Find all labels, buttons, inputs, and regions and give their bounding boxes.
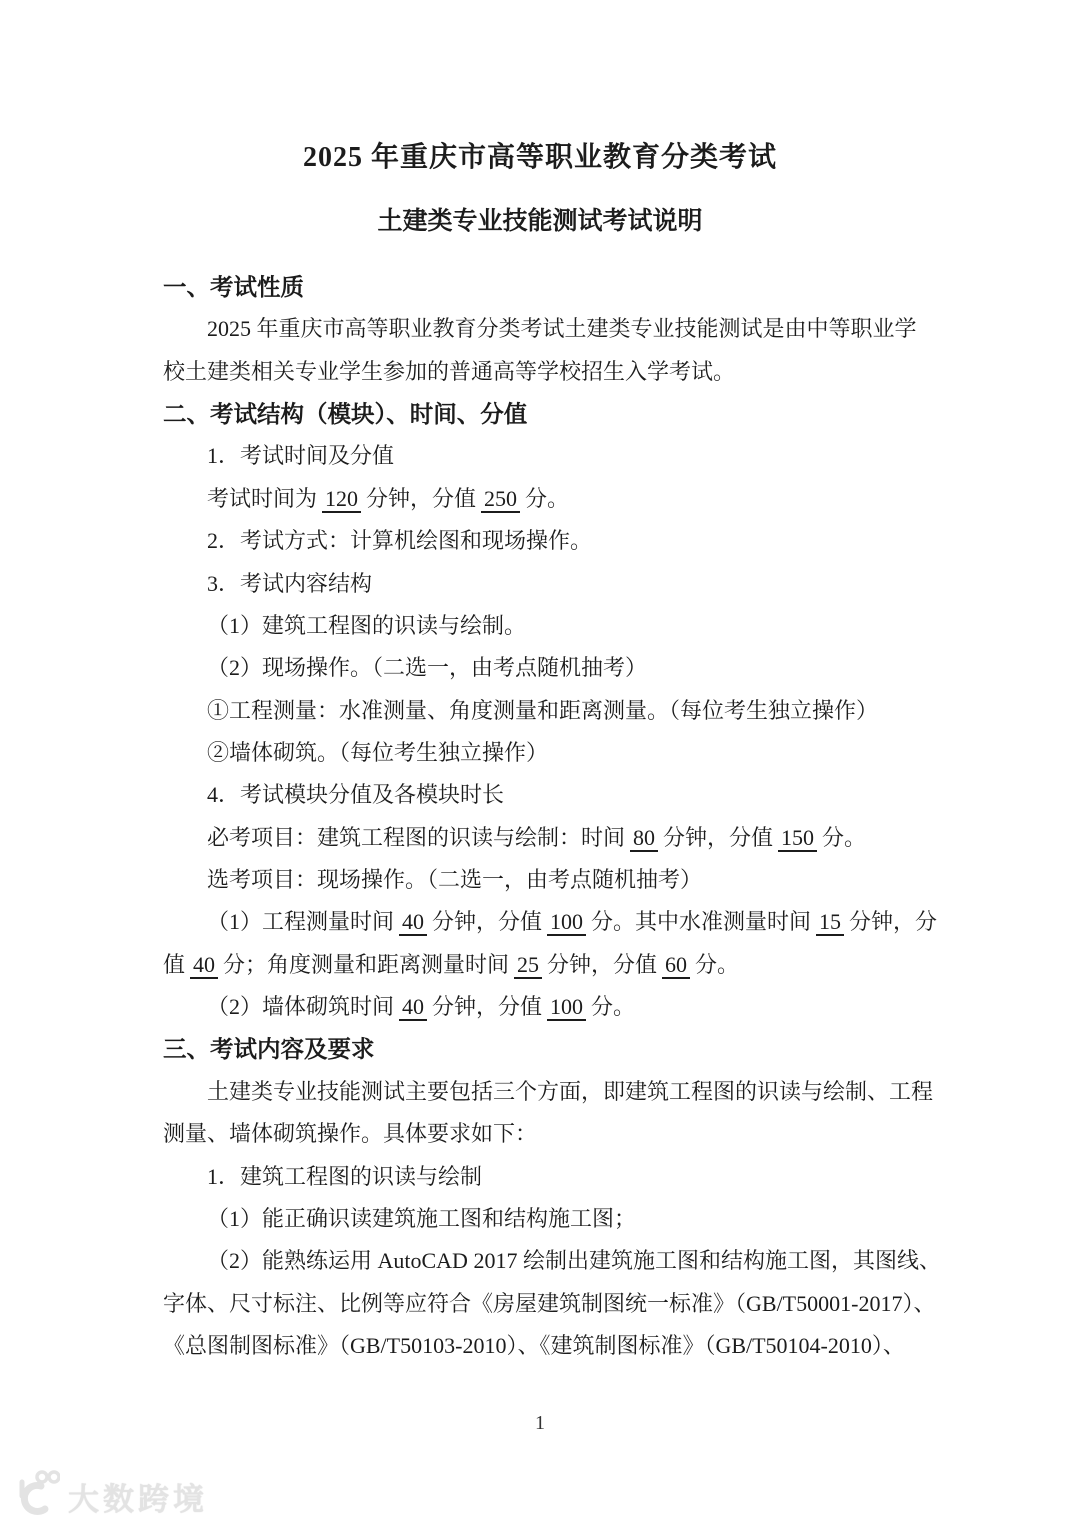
text-run: 分钟，分值 <box>663 825 773 850</box>
text-run: ②墙体砌筑。（每位考生独立操作） <box>207 740 548 765</box>
text-run: 分钟，分 <box>849 909 937 934</box>
document-line-body: （2）现场操作。（二选一，由考点随机抽考） <box>163 647 940 689</box>
text-run: 二、考试结构（模块）、时间、分值 <box>163 401 527 427</box>
document-line-body: 2．考试方式：计算机绘图和现场操作。 <box>163 520 940 562</box>
text-run: 值 <box>163 952 185 977</box>
dashu-kuajing-logo-icon <box>12 1468 60 1525</box>
document-line-body: 2025 年重庆市高等职业教育分类考试土建类专业技能测试是由中等职业学 <box>163 308 940 350</box>
text-run: 选考项目：现场操作。（二选一，由考点随机抽考） <box>207 867 702 892</box>
underlined-value: 40 <box>399 909 427 936</box>
document-body: 一、考试性质2025 年重庆市高等职业教育分类考试土建类专业技能测试是由中等职业… <box>163 266 940 1367</box>
text-run: （1）工程测量时间 <box>207 909 394 934</box>
page-number: 1 <box>0 1408 1080 1438</box>
document-line-body: 《总图制图标准》（GB/T50103-2010）、《建筑制图标准》（GB/T50… <box>163 1325 940 1367</box>
text-run: 分。 <box>822 825 866 850</box>
text-run: 分；角度测量和距离测量时间 <box>223 952 509 977</box>
text-run: 分。 <box>591 994 635 1019</box>
watermark-label: 大数跨境 <box>68 1474 208 1519</box>
text-run: 分钟，分值 <box>366 486 476 511</box>
document-content: 2025 年重庆市高等职业教育分类考试 土建类专业技能测试考试说明 一、考试性质… <box>163 0 940 1367</box>
document-line-body: 1．建筑工程图的识读与绘制 <box>163 1156 940 1198</box>
underlined-value: 80 <box>630 825 658 852</box>
document-line-body: （1）能正确识读建筑施工图和结构施工图； <box>163 1198 940 1240</box>
text-run: （2）能熟练运用 AutoCAD 2017 绘制出建筑施工图和结构施工图，其图线… <box>207 1248 941 1273</box>
text-run: ①工程测量：水准测量、角度测量和距离测量。（每位考生独立操作） <box>207 698 878 723</box>
document-line-heading: 一、考试性质 <box>163 266 940 308</box>
underlined-value: 250 <box>481 486 520 513</box>
text-run: 分。 <box>525 486 569 511</box>
document-subtitle: 土建类专业技能测试考试说明 <box>0 199 1080 243</box>
document-line-body: （1）建筑工程图的识读与绘制。 <box>163 605 940 647</box>
text-run: 三、考试内容及要求 <box>163 1036 375 1062</box>
text-run: 考试时间为 <box>207 486 317 511</box>
text-run: 分钟，分值 <box>432 909 542 934</box>
text-run: （2）现场操作。（二选一，由考点随机抽考） <box>207 655 647 680</box>
document-line-body: ①工程测量：水准测量、角度测量和距离测量。（每位考生独立操作） <box>163 690 940 732</box>
document-title: 2025 年重庆市高等职业教育分类考试 <box>0 136 1080 180</box>
text-run: 土建类专业技能测试主要包括三个方面，即建筑工程图的识读与绘制、工程 <box>207 1079 933 1104</box>
underlined-value: 100 <box>547 909 586 936</box>
document-line-body: （2）能熟练运用 AutoCAD 2017 绘制出建筑施工图和结构施工图，其图线… <box>163 1240 940 1282</box>
document-line-heading: 三、考试内容及要求 <box>163 1028 940 1070</box>
document-line-body: 4．考试模块分值及各模块时长 <box>163 774 940 816</box>
text-run: 3．考试内容结构 <box>207 571 372 596</box>
text-run: 2025 年重庆市高等职业教育分类考试土建类专业技能测试是由中等职业学 <box>207 316 917 341</box>
document-line-body: 字体、尺寸标注、比例等应符合《房屋建筑制图统一标准》（GB/T50001-201… <box>163 1283 940 1325</box>
underlined-value: 100 <box>547 994 586 1021</box>
text-run: （2）墙体砌筑时间 <box>207 994 394 1019</box>
underlined-value: 120 <box>322 486 361 513</box>
document-line-heading: 二、考试结构（模块）、时间、分值 <box>163 393 940 435</box>
text-run: 测量、墙体砌筑操作。具体要求如下： <box>163 1121 537 1146</box>
text-run: 1．建筑工程图的识读与绘制 <box>207 1164 482 1189</box>
underlined-value: 25 <box>514 952 542 979</box>
watermark: 大数跨境 <box>12 1468 208 1525</box>
text-run: 分。其中水准测量时间 <box>591 909 811 934</box>
text-run: 字体、尺寸标注、比例等应符合《房屋建筑制图统一标准》（GB/T50001-201… <box>163 1291 935 1316</box>
document-line-body: 土建类专业技能测试主要包括三个方面，即建筑工程图的识读与绘制、工程 <box>163 1071 940 1113</box>
underlined-value: 40 <box>399 994 427 1021</box>
text-run: 1．考试时间及分值 <box>207 443 394 468</box>
text-run: 分。 <box>695 952 739 977</box>
document-line-body: 测量、墙体砌筑操作。具体要求如下： <box>163 1113 940 1155</box>
text-run: 分钟，分值 <box>432 994 542 1019</box>
document-line-body: 1．考试时间及分值 <box>163 435 940 477</box>
underlined-value: 15 <box>816 909 844 936</box>
text-run: 《总图制图标准》（GB/T50103-2010）、《建筑制图标准》（GB/T50… <box>163 1333 905 1358</box>
text-run: （1）能正确识读建筑施工图和结构施工图； <box>207 1206 636 1231</box>
document-line-body: 值40分；角度测量和距离测量时间25分钟，分值60分。 <box>163 944 940 986</box>
text-run: 分钟，分值 <box>547 952 657 977</box>
text-run: 2．考试方式：计算机绘图和现场操作。 <box>207 528 592 553</box>
text-run: 一、考试性质 <box>163 274 304 300</box>
document-line-body: （1）工程测量时间40分钟，分值100分。其中水准测量时间15分钟，分 <box>163 901 940 943</box>
text-run: （1）建筑工程图的识读与绘制。 <box>207 613 526 638</box>
document-line-body: 必考项目：建筑工程图的识读与绘制：时间80分钟，分值150分。 <box>163 817 940 859</box>
text-run: 校土建类相关专业学生参加的普通高等学校招生入学考试。 <box>163 359 735 384</box>
document-page: 2025 年重庆市高等职业教育分类考试 土建类专业技能测试考试说明 一、考试性质… <box>0 0 1080 1528</box>
document-line-body: 考试时间为120分钟，分值250分。 <box>163 478 940 520</box>
underlined-value: 150 <box>778 825 817 852</box>
document-line-body: 校土建类相关专业学生参加的普通高等学校招生入学考试。 <box>163 351 940 393</box>
document-line-body: 选考项目：现场操作。（二选一，由考点随机抽考） <box>163 859 940 901</box>
text-run: 必考项目：建筑工程图的识读与绘制：时间 <box>207 825 625 850</box>
document-line-body: 3．考试内容结构 <box>163 563 940 605</box>
underlined-value: 40 <box>190 952 218 979</box>
document-line-body: ②墙体砌筑。（每位考生独立操作） <box>163 732 940 774</box>
document-line-body: （2）墙体砌筑时间40分钟，分值100分。 <box>163 986 940 1028</box>
text-run: 4．考试模块分值及各模块时长 <box>207 782 504 807</box>
underlined-value: 60 <box>662 952 690 979</box>
